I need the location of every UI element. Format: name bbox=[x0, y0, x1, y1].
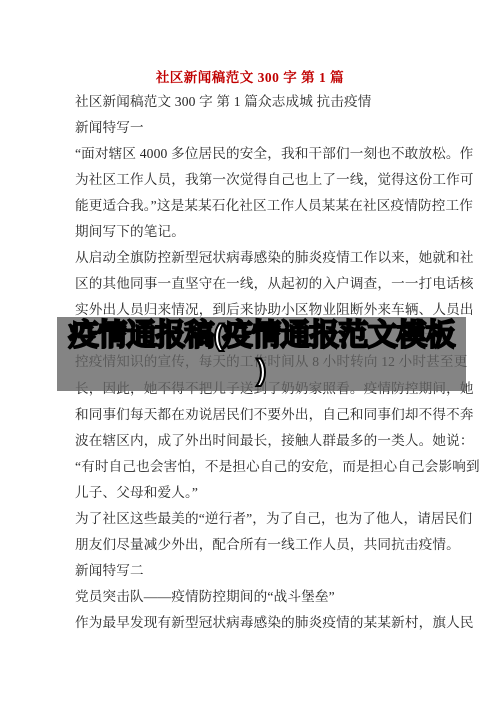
doc-line: 区的其他同事一直坚守在一线，从起初的入户调查，一一打电话核 bbox=[75, 271, 447, 297]
doc-line: 和同事们每天都在劝说居民们不要外出，自己和同事们却不得不奔 bbox=[75, 402, 447, 428]
doc-line: 朋友们尽量减少外出，配合所有一线工作人员，共同抗击疫情。 bbox=[75, 532, 447, 558]
document-heading: 社区新闻稿范文 300 字 第 1 篇 bbox=[0, 66, 500, 86]
watermark-title-line1: 疫情通报稿(疫情通报范文模板 bbox=[57, 318, 466, 353]
doc-line: “有时自己也会害怕，不是担心自己的安危，而是担心自己会影响到 bbox=[75, 454, 447, 480]
doc-line: 为了社区这些最美的“逆行者”，为了自己，也为了他人，请居民们 bbox=[75, 506, 447, 532]
doc-line: 为社区工作人员，我第一次觉得自己也上了一线，觉得这份工作可 bbox=[75, 167, 447, 193]
doc-line: 新闻特写二 bbox=[75, 558, 447, 584]
doc-line: 儿子、父母和爱人。” bbox=[75, 480, 447, 506]
doc-line: 党员突击队——疫情防控期间的“战斗堡垒” bbox=[75, 584, 447, 610]
watermark-title-line2: ) bbox=[57, 353, 466, 389]
document-page: 社区新闻稿范文 300 字 第 1 篇 社区新闻稿范文 300 字 第 1 篇众… bbox=[0, 0, 500, 706]
watermark-overlay-band: 疫情通报稿(疫情通报范文模板 ) bbox=[57, 317, 466, 391]
doc-line: 新闻特写一 bbox=[75, 115, 447, 141]
doc-line: 作为最早发现有新型冠状病毒感染的肺炎疫情的某某新村，旗人民 bbox=[75, 610, 447, 636]
doc-line: 从启动全旗防控新型冠状病毒感染的肺炎疫情工作以来，她就和社 bbox=[75, 245, 447, 271]
doc-line: 社区新闻稿范文 300 字 第 1 篇众志成城 抗击疫情 bbox=[75, 89, 447, 115]
doc-line: “面对辖区 4000 多位居民的安全，我和干部们一刻也不敢放松。作 bbox=[75, 141, 447, 167]
doc-line: 能更适合我。”这是某某石化社区工作人员某某在社区疫情防控工作 bbox=[75, 193, 447, 219]
doc-line: 期间写下的笔记。 bbox=[75, 219, 447, 245]
doc-line: 波在辖区内，成了外出时间最长，接触人群最多的一类人。她说： bbox=[75, 428, 447, 454]
